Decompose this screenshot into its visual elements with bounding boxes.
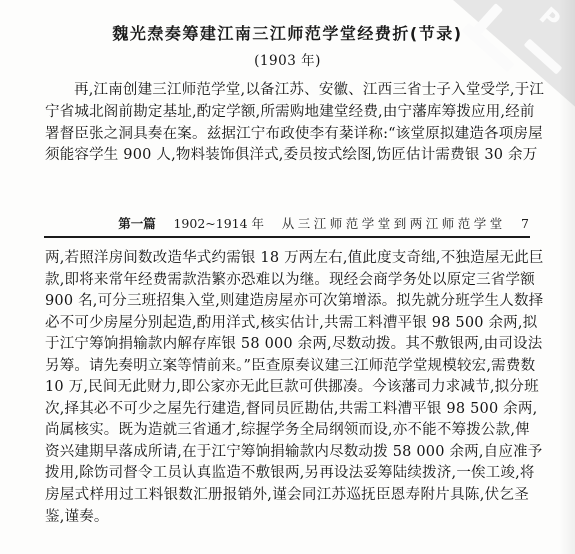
scan-edge-shade <box>559 0 575 554</box>
header-years-label: 1902~1914 年 <box>173 216 264 231</box>
text-line: 拨用,除饬司督令工员认真监造不敷银两,另再设法妥筹陆续拨济,一俟工竣,将 <box>45 463 529 485</box>
body-paragraph: 两,若照洋房间数改造华式约需银 18 万两左右,值此度支奇绌,不独造屋无此巨 款… <box>45 248 529 528</box>
text-line: 10 万,民间无此财力,即公家亦无此巨款可供挪凑。今该藩司力求减节,拟分班 <box>45 377 529 399</box>
book-page: P 魏光焘奏筹建江南三江师范学堂经费折(节录) (1903 年) 再,江南创建三… <box>0 0 575 554</box>
text-line: 另筹。请先奏明立案等情前来。”臣查原奏议建三江师范学堂规模较宏,需费数 <box>45 356 529 378</box>
text-line: 署督臣张之洞具奏在案。兹据江宁布政使李有棻详称:“该堂原拟建造各项房屋 <box>45 124 529 146</box>
text-line: 次,择其必不可少之屋先行建造,督同员匠勘估,共需工料漕平银 98 500 余两, <box>45 399 529 421</box>
text-line: 鉴,谨奏。 <box>45 507 529 529</box>
text-line: 再,江南创建三江师范学堂,以备江苏、安徽、江西三省士子入堂受学,于江 <box>45 80 529 102</box>
text-line: 资兴建期早落成所请,在于江宁筹饷捐输款内尽数动拨 58 000 余两,自应准予 <box>45 442 529 464</box>
intro-paragraph: 再,江南创建三江师范学堂,以备江苏、安徽、江西三省士子入堂受学,于江 宁省城北阁… <box>45 80 529 167</box>
text-line: 款,即将来常年经费需款浩繁亦恐难以为继。现经会商学务处以原定三省学额 <box>45 270 529 292</box>
text-line: 房屋式样用过工料银数汇册报销外,谨会同江苏巡抚臣恩寿附片具陈,伏乞圣 <box>45 485 529 507</box>
text-line: 须能容学生 900 人,物料装饰俱洋式,委员按式绘图,饬匠估计需费银 30 余万 <box>45 145 529 167</box>
text-line: 必不可少房屋分别起造,酌用洋式,核实估计,共需工料漕平银 98 500 余两,拟 <box>45 313 529 335</box>
page-number: 7 <box>521 216 529 231</box>
document-title: 魏光焘奏筹建江南三江师范学堂经费折(节录) <box>0 21 575 44</box>
text-line: 900 名,可分三班招集入堂,则建造房屋亦可次第增添。拟先就分班学生人数择 <box>45 291 529 313</box>
text-line: 两,若照洋房间数改造华式约需银 18 万两左右,值此度支奇绌,不独造屋无此巨 <box>45 248 529 270</box>
header-rule <box>44 236 530 238</box>
text-line: 宁省城北阁前勘定基址,酌定学额,所需购地建堂经费,由宁藩库筹拨应用,经前 <box>45 102 529 124</box>
header-part-label: 第一篇 <box>118 216 156 231</box>
text-line: 尚属核实。既为造就三省通才,综握学务全局纲领而设,亦不能不筹拨公款,俾 <box>45 420 529 442</box>
text-line: 于江宁筹饷捐输款内解存库银 58 000 余两,尽数动拨。其不敷银两,由司设法 <box>45 334 529 356</box>
document-year-line: (1903 年) <box>0 49 575 69</box>
header-chapter-label: 从三江师范学堂到两江师范学堂 <box>282 216 506 231</box>
running-header: 第一篇 1902~1914 年 从三江师范学堂到两江师范学堂 7 <box>45 214 529 232</box>
